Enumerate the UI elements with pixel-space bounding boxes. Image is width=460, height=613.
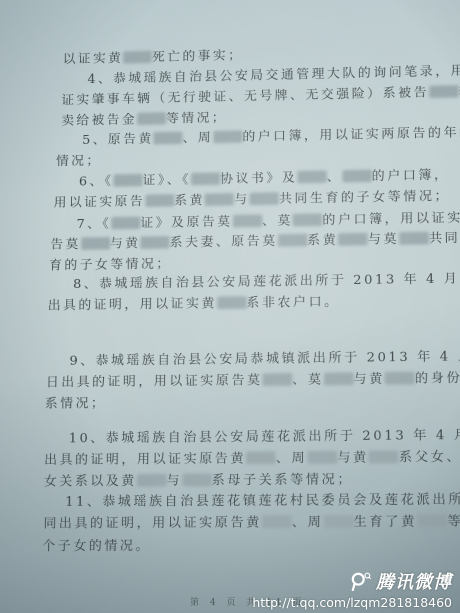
line-text: 的户口簿，: [372, 168, 450, 184]
document-line: 卖给被告金等情况；: [61, 111, 227, 130]
redacted-name: [111, 217, 140, 230]
line-text: 系情况；: [45, 396, 107, 411]
line-text: 证》及原告莫: [140, 215, 232, 231]
line-text: 等 4: [447, 514, 460, 529]
line-text: 8、恭城瑶族自治县公安局莲花派出所于 2013 年 4 月 22 日: [73, 271, 460, 292]
line-text: 、莫: [262, 214, 293, 229]
line-text: 系黄: [174, 194, 205, 209]
line-text: 女关系以及黄: [44, 474, 137, 489]
redacted-name: [246, 451, 276, 464]
document-line: 个子女的情况。: [42, 539, 151, 555]
line-text: 、周: [276, 451, 307, 466]
redacted-name: [342, 170, 372, 183]
line-text: 情况；: [56, 154, 102, 169]
redacted-name: [429, 85, 459, 98]
document-page: 以证实黄死亡的事实；4、恭城瑶族自治县公安局交通管理大队的询问笔录，用以证实肇事…: [2, 16, 460, 613]
document-line: 用以证实原告系黄与共同生育的子女等情况；: [54, 189, 451, 211]
line-text: 、周: [292, 515, 324, 530]
line-text: 4、恭城瑶族自治县公安局交通管理大队的询问笔录，用以: [87, 64, 460, 87]
line-text: 6、《: [79, 174, 114, 189]
redacted-name: [324, 372, 354, 385]
redacted-name: [385, 372, 415, 385]
document-line: 9、恭城瑶族自治县公安局恭城镇派出所于 2013 年 4 月 15: [69, 349, 460, 370]
redacted-name: [191, 172, 220, 185]
redacted-name: [137, 112, 166, 125]
document-line: 同出具的证明，用以证实原告黄、周生育了黄等 4: [43, 514, 460, 532]
line-text: 生育了黄: [353, 515, 417, 530]
line-text: 共同生: [429, 231, 460, 246]
redacted-name: [217, 296, 246, 309]
line-text: 与黄: [353, 372, 385, 387]
document-line: 以证实黄死亡的事实；: [63, 49, 244, 68]
redacted-name: [338, 233, 368, 246]
line-text: 系黄: [307, 233, 338, 248]
redacted-name: [417, 514, 447, 527]
line-text: 日出具的证明，用以证实原告莫: [46, 373, 263, 390]
watermark-url: http://t.qq.com/lzqm281818460: [252, 595, 452, 610]
line-text: 与: [234, 193, 249, 208]
watermark: 腾讯微博 http://t.qq.com/lzqm281818460: [252, 568, 452, 610]
line-text: 的户口簿，用以证实两原告的年龄: [242, 126, 460, 145]
redacted-name: [114, 174, 143, 187]
document-line: 11、恭城瑶族自治县莲花镇莲花村民委员会及莲花派出所共: [65, 492, 460, 510]
line-text: 、周: [183, 131, 214, 146]
document-line: 证实肇事车辆（无行驶证、无号牌、无交强险）系被告转: [61, 85, 460, 109]
line-text: 死亡的事实；: [152, 49, 243, 65]
line-text: 、莫: [292, 373, 323, 388]
line-text: 证》、《: [143, 173, 191, 188]
line-text: 的身份关: [415, 371, 460, 386]
document-line: 出具的证明，用以证实原告黄、周与黄系父女、母: [44, 450, 460, 469]
redacted-name: [307, 451, 337, 464]
document-line: 8、恭城瑶族自治县公安局莲花派出所于 2013 年 4 月 22 日: [73, 271, 460, 293]
document-line: 出具的证明，用以证实黄系非农户口。: [48, 295, 340, 314]
line-text: 协议书》及: [220, 171, 297, 187]
line-text: 共同生育的子女等情况；: [279, 189, 450, 206]
line-text: 同出具的证明，用以证实原告黄: [43, 516, 262, 532]
redacted-name: [278, 234, 308, 247]
line-text: 、: [327, 170, 343, 185]
document-line: 7、《证》及原告莫、莫的户口簿，用以证实原: [77, 211, 460, 233]
document-line: 女关系以及黄与系母子关系等情况；: [44, 472, 353, 490]
line-text: 5、原告黄: [82, 132, 154, 148]
document-line: 6、《证》、《协议书》及、的户口簿，: [79, 168, 450, 190]
redacted-name: [323, 515, 353, 528]
line-text: 系母子关系等情况；: [212, 472, 354, 488]
line-text: 出具的证明，用以证实黄: [48, 297, 217, 314]
line-text: 10、恭城瑶族自治县公安局莲花派出所于 2013 年 4 月 21 日: [69, 428, 460, 447]
line-text: 出具的证明，用以证实原告黄: [44, 452, 246, 468]
line-text: 与莫: [368, 232, 399, 247]
document-line: 5、原告黄、周的户口簿，用以证实两原告的年龄: [82, 126, 460, 149]
line-text: 7、《: [77, 217, 112, 232]
redacted-name: [250, 192, 279, 205]
line-text: 用以证实原告: [54, 195, 146, 211]
redacted-name: [154, 132, 183, 145]
redacted-name: [123, 51, 152, 64]
redacted-name: [213, 130, 242, 143]
redacted-name: [182, 473, 212, 486]
document-line: 日出具的证明，用以证实原告莫、莫与黄的身份关: [46, 371, 460, 391]
document-line: 育的子女等情况；: [49, 257, 172, 274]
document-line: 4、恭城瑶族自治县公安局交通管理大队的询问笔录，用以: [87, 64, 460, 88]
watermark-brand-text: 腾讯微博: [376, 568, 452, 594]
line-text: 卖给被告金: [61, 113, 137, 129]
redacted-name: [145, 194, 174, 207]
redacted-name: [81, 237, 110, 250]
line-text: 与黄: [110, 237, 141, 252]
redacted-name: [263, 373, 293, 386]
line-text: 以证实黄: [63, 51, 124, 66]
tencent-weibo-logo-icon: [350, 571, 372, 591]
redacted-name: [262, 515, 292, 528]
line-text: 育的子女等情况；: [49, 257, 172, 273]
line-text: 个子女的情况。: [42, 539, 151, 554]
redacted-name: [297, 170, 326, 183]
line-text: 9、恭城瑶族自治县公安局恭城镇派出所于 2013 年 4 月 15: [69, 349, 460, 369]
line-text: 告莫: [50, 237, 81, 252]
document-line: 系情况；: [45, 396, 107, 412]
line-text: 11、恭城瑶族自治县莲花镇莲花村民委员会及莲花派出所共: [65, 492, 460, 509]
redacted-name: [233, 214, 262, 227]
watermark-brand: 腾讯微博: [252, 568, 452, 594]
redacted-name: [399, 232, 429, 245]
line-text: 证实肇事车辆（无行驶证、无号牌、无交强险）系被告: [61, 86, 429, 108]
line-text: 系夫妻、原告莫: [170, 234, 278, 250]
redacted-name: [205, 193, 234, 206]
line-text: 的户口簿，用以证实原: [322, 211, 460, 228]
redacted-name: [137, 474, 167, 487]
line-text: 系父女、母: [399, 450, 460, 465]
document-line: 情况；: [56, 154, 102, 170]
redacted-name: [140, 236, 169, 249]
redacted-name: [293, 213, 323, 226]
document-line: 告莫与黄系夫妻、原告莫系黄与莫共同生: [50, 231, 460, 253]
document-line: 10、恭城瑶族自治县公安局莲花派出所于 2013 年 4 月 21 日: [69, 428, 460, 448]
line-text: 系非农户口。: [246, 295, 339, 311]
line-text: 等情况；: [166, 111, 227, 126]
redacted-name: [369, 450, 399, 463]
line-text: 与黄: [337, 451, 369, 466]
line-text: 与: [166, 474, 182, 489]
